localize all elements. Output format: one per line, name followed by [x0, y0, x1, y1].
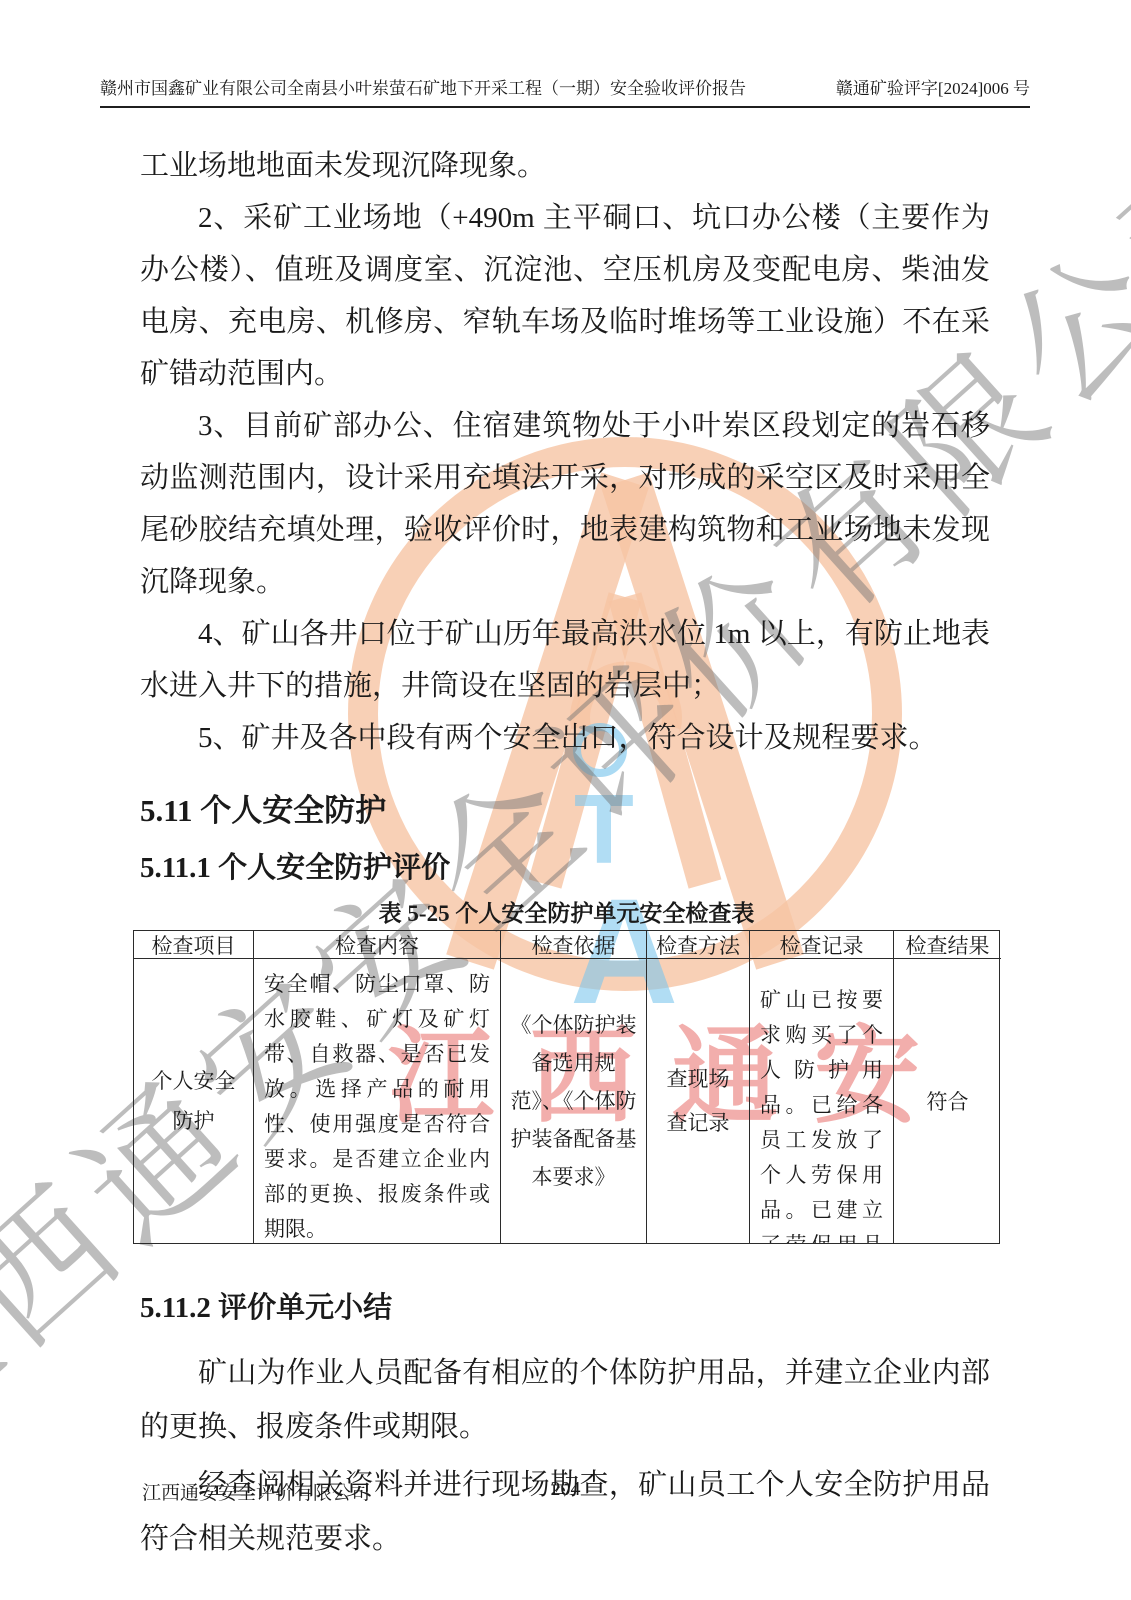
- col-header-basis: 检查依据: [501, 931, 647, 959]
- footer-company: 江西通安安全评价有限公司: [142, 1478, 370, 1505]
- col-header-method: 检查方法: [647, 931, 750, 959]
- paragraph-continuation: 工业场地地面未发现沉降现象。: [140, 140, 990, 192]
- section-heading-5-11: 5.11 个人安全防护: [140, 790, 990, 832]
- section-heading-5-11-2: 5.11.2 评价单元小结: [140, 1288, 990, 1328]
- cell-check-result: 符合: [894, 959, 1001, 1243]
- page-header: 赣州市国鑫矿业有限公司全南县小叶岽萤石矿地下开采工程（一期）安全验收评价报告 赣…: [100, 74, 1030, 108]
- document-page: T A 江西通安安全评价有限公司 江西通安 赣州市国鑫矿业有限公司全南县小叶岽萤…: [0, 0, 1131, 1600]
- cell-check-item: 个人安全 防护: [134, 959, 254, 1243]
- checklist-table-block: 表 5-25 个人安全防护单元安全检查表 检查项目 检查内容 检查依据 检查方法…: [133, 898, 1000, 1244]
- paragraph-5: 5、矿井及各中段有两个安全出口，符合设计及规程要求。: [140, 712, 990, 764]
- paragraph-4: 4、矿山各井口位于矿山历年最高洪水位 1m 以上，有防止地表水进入井下的措施，井…: [140, 608, 990, 712]
- section-heading-5-11-1: 5.11.1 个人安全防护评价: [140, 848, 990, 888]
- summary-paragraph-2: 经查阅相关资料并进行现场勘查，矿山员工个人安全防护用品符合相关规范要求。: [140, 1458, 990, 1566]
- cell-check-method: 查现场 查记录: [647, 959, 750, 1243]
- summary-paragraph-1: 矿山为作业人员配备有相应的个体防护用品，并建立企业内部的更换、报废条件或期限。: [140, 1346, 990, 1454]
- col-header-result: 检查结果: [894, 931, 1001, 959]
- cell-check-record: 矿山已按要求购买了个人防护用品。已给各员工发放了个人劳保用品。已建立了劳保用品报…: [750, 959, 894, 1243]
- header-doc-number: 赣通矿验评字[2024]006 号: [836, 74, 1030, 99]
- cell-check-basis: 《个体防护装备选用规范》、《个体防护装备配备基本要求》: [501, 959, 647, 1243]
- paragraph-3: 3、目前矿部办公、住宿建筑物处于小叶岽区段划定的岩石移动监测范围内，设计采用充填…: [140, 400, 990, 608]
- table-caption: 表 5-25 个人安全防护单元安全检查表: [133, 898, 1000, 930]
- col-header-item: 检查项目: [134, 931, 254, 959]
- main-content: 工业场地地面未发现沉降现象。 2、采矿工业场地（+490m 主平硐口、坑口办公楼…: [140, 140, 990, 1566]
- page-footer: 204 江西通安安全评价有限公司: [0, 1478, 1131, 1508]
- paragraph-2: 2、采矿工业场地（+490m 主平硐口、坑口办公楼（主要作为办公楼）、值班及调度…: [140, 192, 990, 400]
- safety-check-table: 检查项目 检查内容 检查依据 检查方法 检查记录 检查结果 个人安全 防护 安全…: [133, 930, 1000, 1244]
- col-header-content: 检查内容: [254, 931, 501, 959]
- col-header-record: 检查记录: [750, 931, 894, 959]
- header-report-title: 赣州市国鑫矿业有限公司全南县小叶岽萤石矿地下开采工程（一期）安全验收评价报告: [100, 74, 746, 99]
- cell-check-content: 安全帽、防尘口罩、防水胶鞋、矿灯及矿灯带、自救器、是否已发放。选择产品的耐用性、…: [254, 959, 501, 1243]
